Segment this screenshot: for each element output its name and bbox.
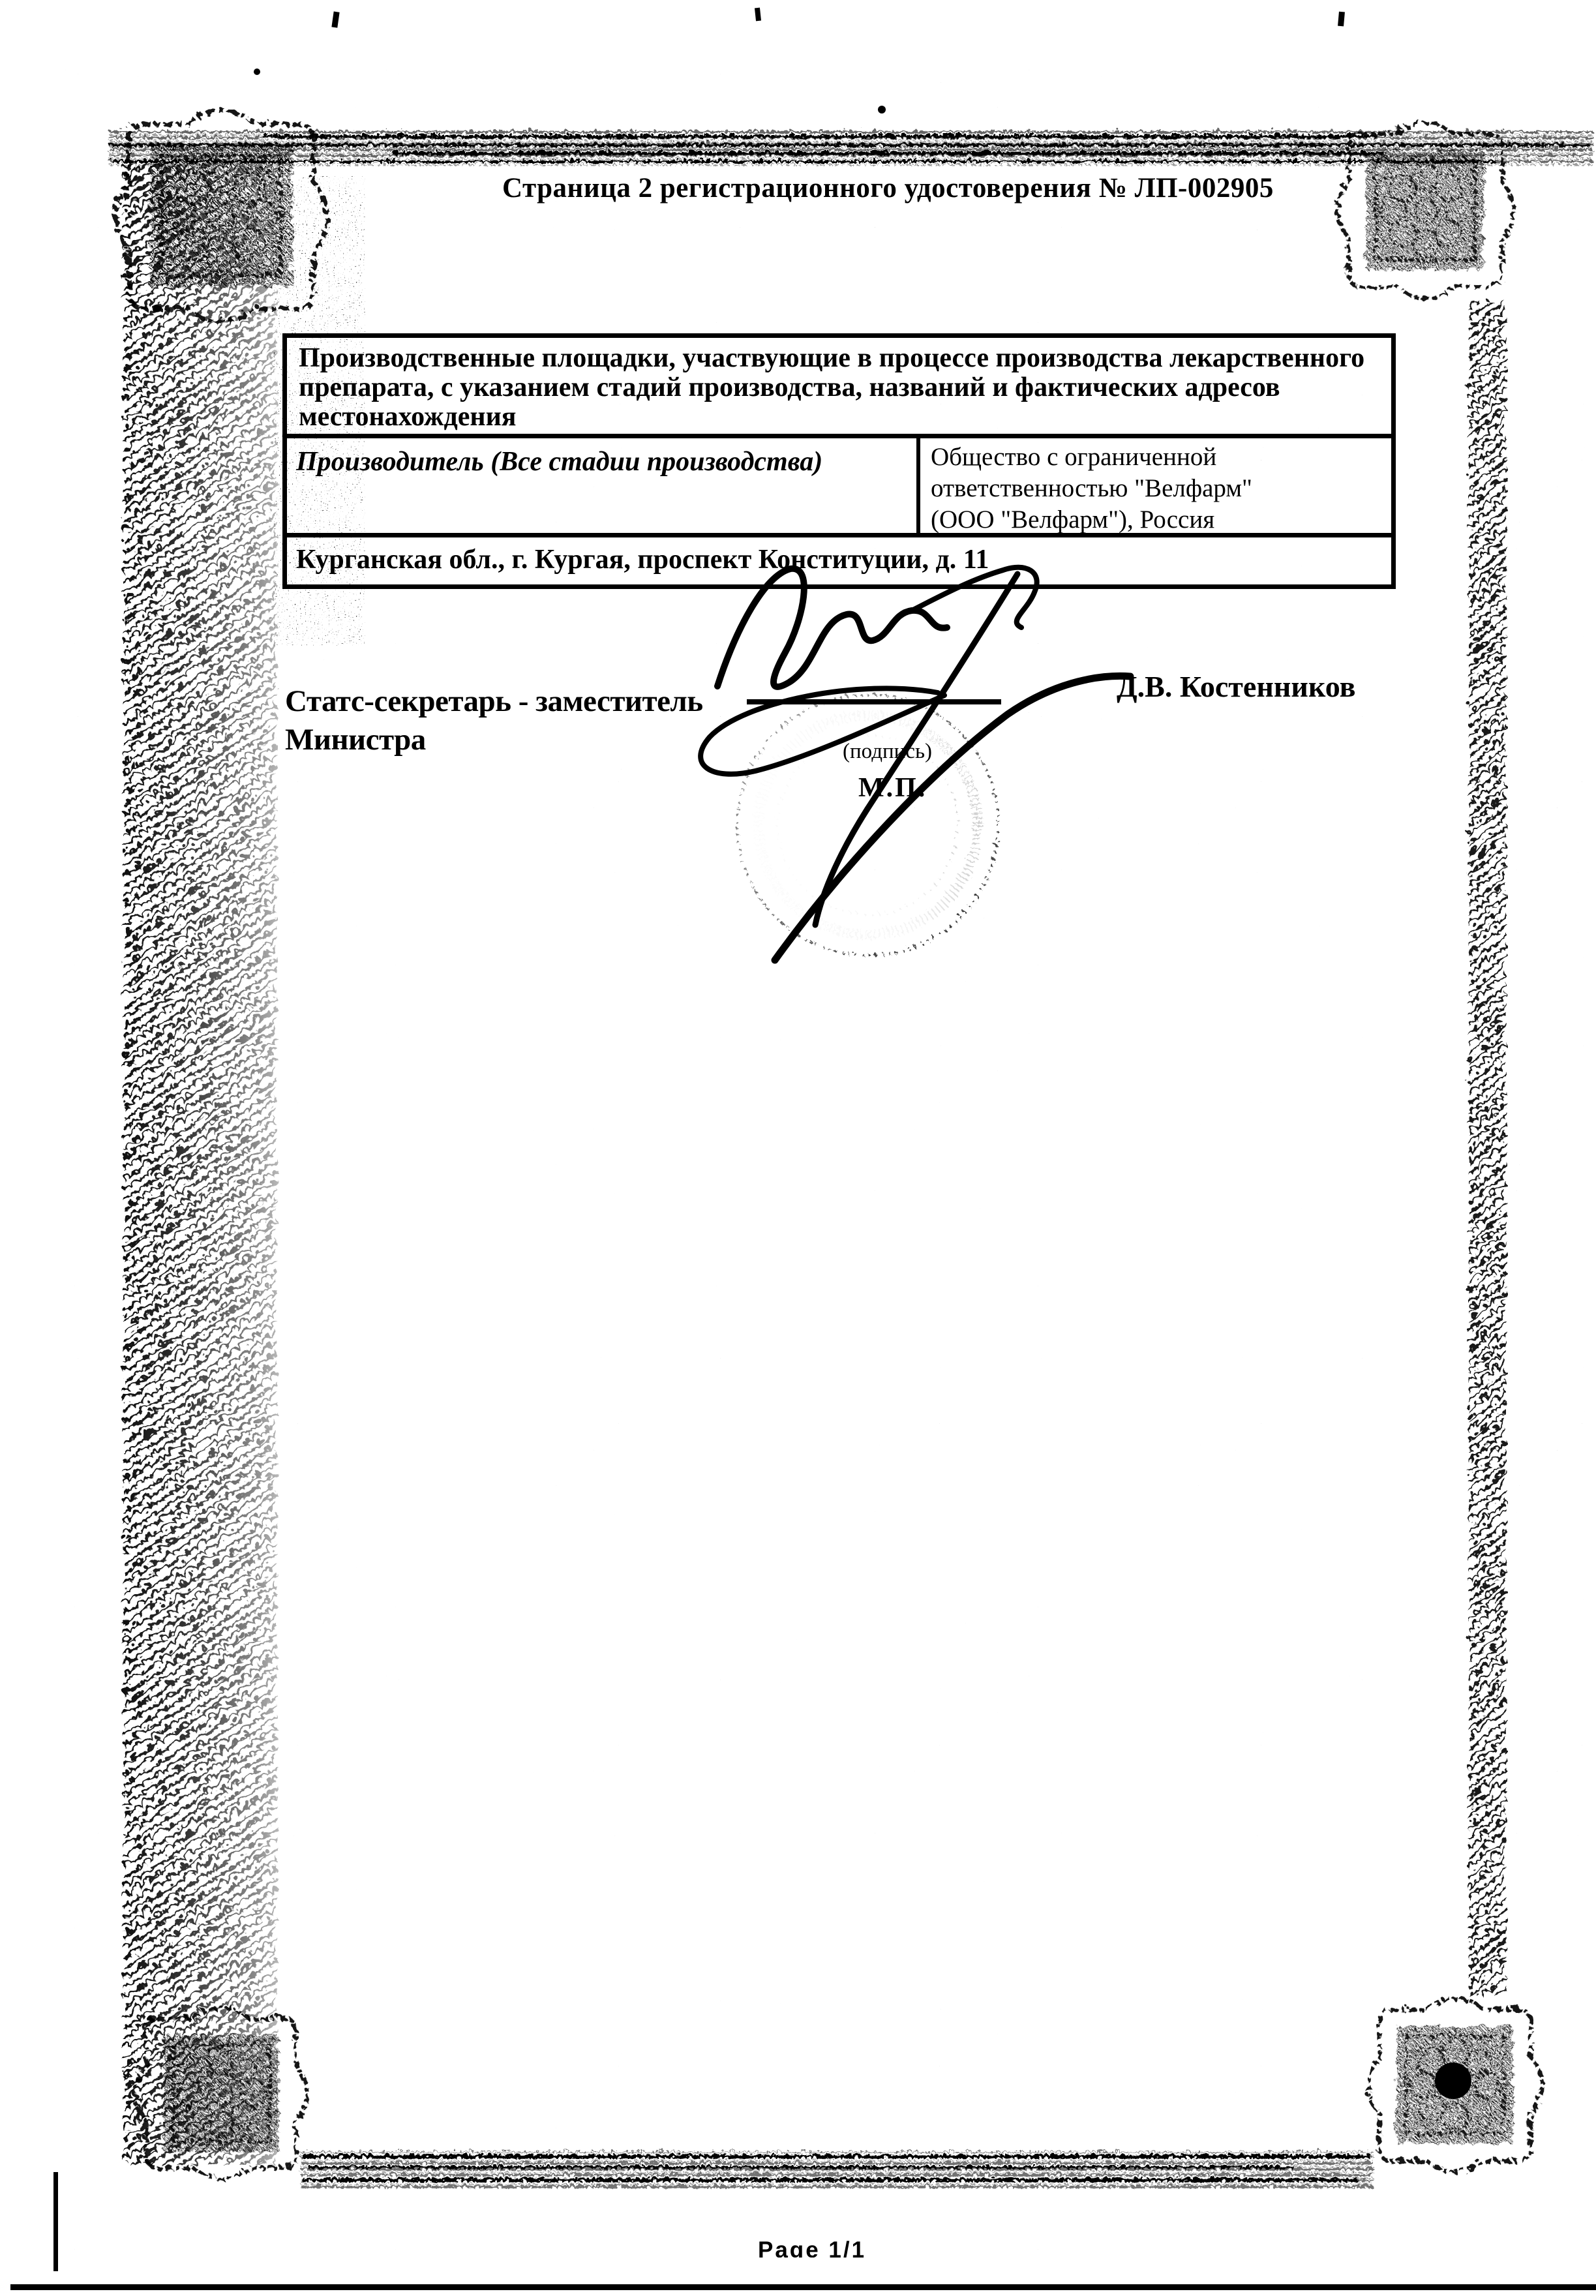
- bottom-scan-line: [10, 2284, 1596, 2290]
- table-header-line2: препарата, с указанием стадий производст…: [299, 373, 1379, 402]
- producer-value-line2: ответственностью "Велфарм": [931, 473, 1381, 504]
- page-number-clip: Page 1/1: [758, 2237, 927, 2258]
- table-header-line1: Производственные площадки, участвующие в…: [299, 344, 1379, 373]
- producer-value-line1: Общество с ограниченной: [931, 442, 1381, 473]
- seal-place-abbr: М.П.: [858, 772, 927, 804]
- table-row-producer: Производитель (Все стадии производства) …: [287, 438, 1391, 537]
- address-cell: Курганская обл., г. Кургая, проспект Кон…: [287, 537, 1391, 584]
- page-number: Page 1/1: [758, 2237, 866, 2258]
- signatory-title-line1: Статс-секретарь - заместитель: [285, 682, 715, 721]
- signatory-name: Д.В. Костенников: [1117, 669, 1355, 704]
- producer-label-cell: Производитель (Все стадии производства): [287, 438, 920, 533]
- table-header-cell: Производственные площадки, участвующие в…: [287, 338, 1391, 438]
- table-header-line3: местонахождения: [299, 402, 1379, 432]
- signatory-title: Статс-секретарь - заместитель Министра: [285, 682, 715, 759]
- producer-value-line3: (ООО "Велфарм"), Россия: [931, 504, 1381, 536]
- signatory-title-line2: Министра: [285, 721, 715, 759]
- production-sites-table: Производственные площадки, участвующие в…: [282, 333, 1396, 589]
- left-scan-tick: [53, 2172, 58, 2271]
- signature-caption: (подпись): [843, 740, 932, 764]
- page-header: Страница 2 регистрационного удостоверени…: [502, 172, 1274, 204]
- producer-value-cell: Общество с ограниченной ответственностью…: [920, 438, 1391, 533]
- document-page: Страница 2 регистрационного удостоверени…: [0, 0, 1596, 2296]
